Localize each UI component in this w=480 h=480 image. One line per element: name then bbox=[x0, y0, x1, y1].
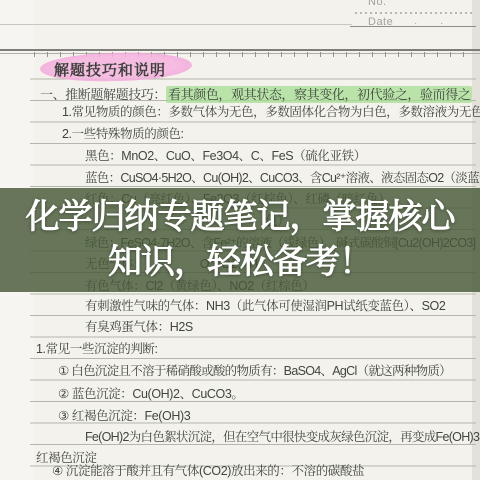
note-line: 蓝色：CuSO4·5H2O、Cu(OH)2、CuCO3、含Cu²⁺溶液、液态固态… bbox=[85, 172, 480, 185]
intro-line: 一、推断题解题技巧：看其颜色，观其状态，察其变化，初代验之，验而得之 bbox=[40, 84, 472, 103]
notes-photo: No. Date · · 解题技巧和说明 一、推断题解题技巧：看其颜色，观其状态… bbox=[0, 0, 480, 480]
note-line: 1.常见物质的颜色：多数气体为无色，多数固体化合物为白色，多数溶液为无色。 bbox=[62, 106, 480, 119]
date-separator-dot: · bbox=[440, 18, 443, 29]
note-line: Fe(OH)2为白色絮状沉淀，但在空气中很快变成灰绿色沉淀，再变成Fe(OH)3 bbox=[85, 431, 479, 444]
date-separator-dot: · bbox=[414, 18, 417, 29]
page-header-rule bbox=[0, 49, 480, 51]
promo-text-line-1: 化学归纳专题笔记，掌握核心 bbox=[26, 195, 455, 240]
note-title: 解题技巧和说明 bbox=[54, 59, 166, 80]
intro-highlighted-text: 看其颜色，观其状态，察其变化，初代验之，验而得之 bbox=[166, 86, 472, 103]
date-underline bbox=[350, 26, 476, 27]
note-line: 黑色：MnO2、CuO、Fe3O4、C、FeS（硫化亚铁） bbox=[85, 150, 366, 163]
intro-prefix: 一、推断题解题技巧： bbox=[40, 87, 166, 102]
no-dotted-line bbox=[355, 12, 473, 14]
no-label: No. bbox=[368, 0, 387, 8]
note-line: 有臭鸡蛋气体：H2S bbox=[85, 321, 193, 334]
note-line: 2.一些特殊物质的颜色: bbox=[62, 128, 184, 141]
note-line: ④ 沉淀能溶于酸并且有气体(CO2)放出来的：不溶的碳酸盐 bbox=[52, 465, 364, 478]
promo-text-overlay: 化学归纳专题笔记，掌握核心 知识，轻松备考！ bbox=[0, 188, 480, 292]
note-line: ③ 红褐色沉淀：Fe(OH)3 bbox=[58, 410, 190, 423]
note-line: 有刺激性气味的气体：NH3（此气体可使湿润PH试纸变蓝色）、SO2 bbox=[85, 300, 445, 313]
note-line: 红褐色沉淀 bbox=[36, 452, 97, 465]
note-line: ① 白色沉淀且不溶于稀硝酸或酸的物质有：BaSO4、AgCl（就这两种物质） bbox=[58, 365, 451, 378]
page-top-edge bbox=[0, 24, 352, 25]
note-section-heading: 1.常见一些沉淀的判断: bbox=[36, 343, 158, 356]
note-line: ② 蓝色沉淀：Cu(OH)2、CuCO3。 bbox=[58, 388, 243, 401]
promo-text-line-2: 知识，轻松备考！ bbox=[108, 240, 372, 285]
